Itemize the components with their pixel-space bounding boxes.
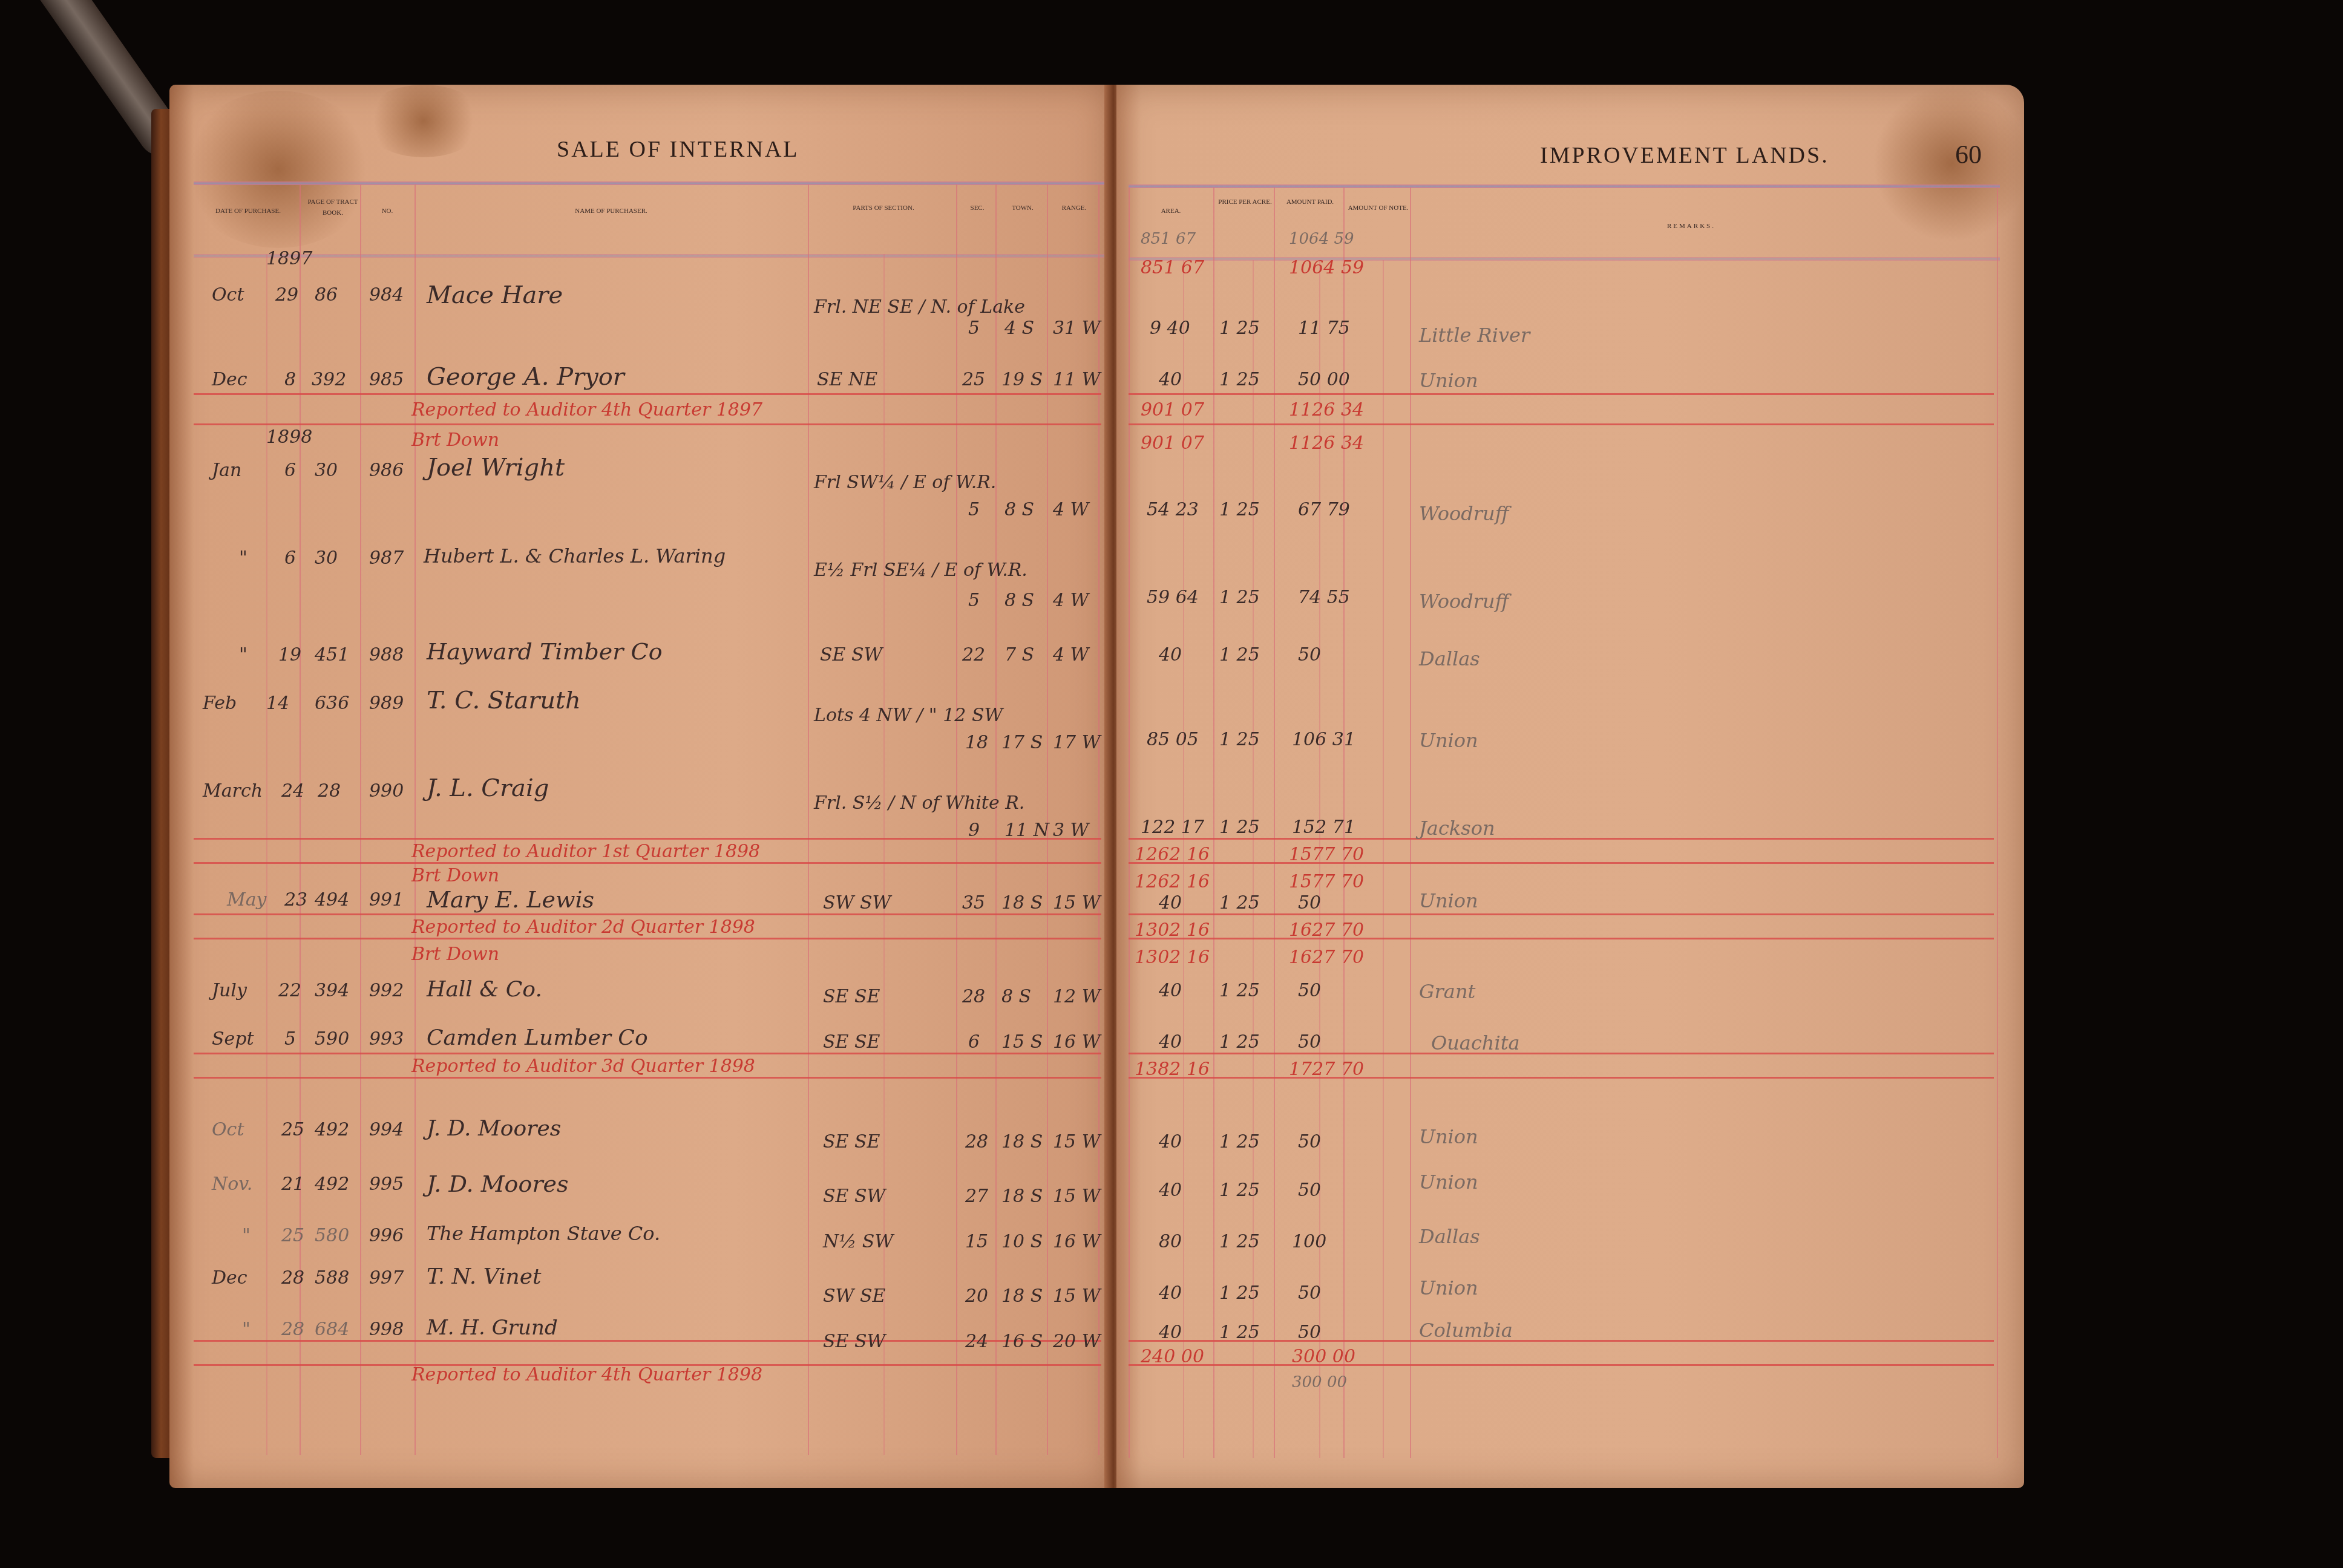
section-rule [194,913,1101,915]
header-note: Amount of Note. [1346,203,1410,214]
column-rule [1129,188,1130,1458]
header-rule [1129,257,2000,261]
water-stain [363,85,484,157]
column-rule [1410,188,1411,1458]
header-remarks: Remarks. [1601,221,1782,232]
section-rule [1129,938,1994,939]
section-rule [1129,393,1994,395]
brought-amount: 1577 70 [1289,871,1364,892]
report-area-total: 1262 16 [1135,844,1210,865]
header-rule [194,181,1107,185]
column-rule [1274,188,1275,1458]
brought-area: 1302 16 [1135,947,1210,968]
header-date: Date of Purchase. [194,206,303,217]
page-title-right: IMPROVEMENT LANDS. [1540,142,1829,169]
section-rule [1129,1053,1994,1054]
report-area-total: 1302 16 [1135,920,1210,941]
auditor-report-note: Reported to Auditor 1st Quarter 1898 [411,841,760,862]
brought-down-note: Brt Down [411,430,499,451]
header-town: Town. [998,203,1047,214]
column-rule [1997,188,1998,1458]
report-area-total: 901 07 [1141,399,1204,420]
carried-area: 851 67 [1141,230,1196,248]
left-page: SALE OF INTERNAL Date of Purchase. Page … [169,85,1110,1488]
report-amount-total: 300 00 [1292,1346,1355,1367]
brought-down-note: Brt Down [411,944,499,965]
section-rule [1129,838,1994,840]
report-amount-total: 1627 70 [1289,920,1364,941]
column-rule [1383,260,1384,1458]
header-rule [1129,185,2000,188]
carried-amount-red: 1064 59 [1289,257,1364,278]
header-parts: Parts of Section. [811,203,956,214]
column-rule [360,185,361,1455]
brought-amount: 1627 70 [1289,947,1364,968]
header-tract-page: Page of Tract Book. [306,197,360,218]
header-no: No. [363,206,411,217]
auditor-report-note: Reported to Auditor 3d Quarter 1898 [411,1056,755,1077]
header-rule [194,254,1107,258]
header-area: Area. [1129,206,1213,217]
brought-area: 901 07 [1141,433,1204,454]
section-rule [194,838,1101,840]
header-sec: Sec. [959,203,995,214]
report-amount-total: 1126 34 [1289,399,1364,420]
column-rule [415,185,416,1455]
brought-down-note: Brt Down [411,865,499,886]
ledger-book: SALE OF INTERNAL Date of Purchase. Page … [163,85,2039,1500]
year-label: 1898 [266,426,312,448]
brought-amount: 1126 34 [1289,433,1364,454]
right-page: IMPROVEMENT LANDS. 60 Area. Price Per Ac… [1116,85,2024,1488]
section-rule [194,1077,1101,1079]
auditor-report-note: Reported to Auditor 4th Quarter 1898 [411,1364,762,1385]
water-stain [1873,85,2030,242]
section-rule [194,938,1101,939]
section-rule [194,862,1101,864]
carried-amount: 1064 59 [1289,230,1354,248]
column-rule [956,185,957,1455]
page-number: 60 [1955,139,1982,170]
section-rule [1129,423,1994,425]
column-rule [883,254,885,1455]
carried-area-red: 851 67 [1141,257,1204,278]
header-amount-paid: Amount Paid. [1277,197,1343,207]
section-rule [194,423,1101,425]
header-price: Price Per Acre. [1216,197,1274,207]
page-title-left: SALE OF INTERNAL [557,136,799,163]
auditor-report-note: Reported to Auditor 4th Quarter 1897 [411,399,762,420]
report-area-total: 240 00 [1141,1346,1204,1367]
pencil-total: 300 00 [1292,1373,1347,1391]
brought-area: 1262 16 [1135,871,1210,892]
column-rule [808,185,809,1455]
header-range: Range. [1050,203,1098,214]
section-rule [1129,1077,1994,1079]
section-rule [194,1053,1101,1054]
report-amount-total: 1577 70 [1289,844,1364,865]
header-name: Name of Purchaser. [418,206,805,217]
section-rule [1129,913,1994,915]
section-rule [194,393,1101,395]
column-rule [995,185,997,1455]
section-rule [1129,1364,1994,1366]
auditor-report-note: Reported to Auditor 2d Quarter 1898 [411,916,755,938]
section-rule [1129,862,1994,864]
column-rule [1213,188,1214,1458]
report-area-total: 1382 16 [1135,1059,1210,1080]
column-rule [1253,260,1254,1458]
column-rule [300,185,301,1455]
report-amount-total: 1727 70 [1289,1059,1364,1080]
water-stain [182,91,375,248]
